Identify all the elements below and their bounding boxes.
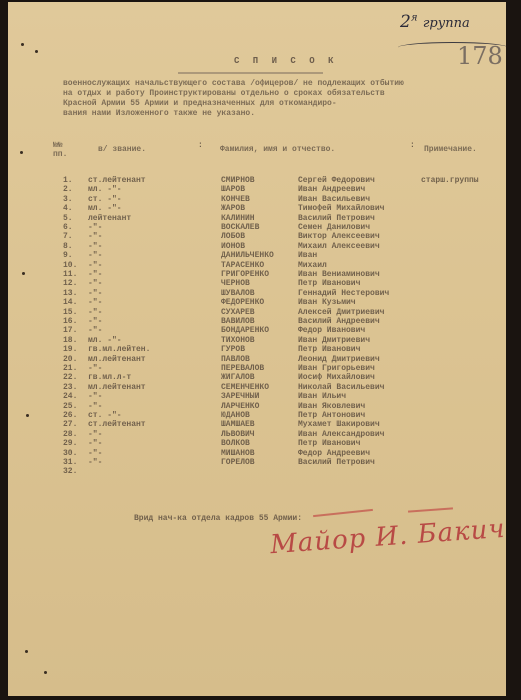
punch-hole (25, 650, 28, 653)
punch-hole (44, 671, 47, 674)
footer-signatory: Врид нач-ка отдела кадров 55 Армии: (134, 514, 302, 523)
group-word: группа (423, 16, 470, 31)
column-separator: : (410, 141, 415, 150)
red-pen-stroke (408, 507, 453, 512)
document-title: С П И С О К (234, 56, 337, 66)
header-rank: в/ звание. (98, 145, 146, 154)
signature: Майор И. Бакич (269, 514, 506, 560)
title-underline (178, 72, 323, 74)
punch-hole (35, 50, 38, 53)
header-num: №№ пп. (53, 141, 81, 159)
header-fio: Фамилия, имя и отчество. (220, 145, 335, 154)
punch-hole (21, 43, 24, 46)
intro-line: военнослужащих начальствующего состава /… (63, 79, 503, 89)
column-separator: : (198, 141, 203, 150)
handwritten-group-label: 2я группа (400, 12, 470, 32)
table-row: 32. (8, 467, 506, 477)
punch-hole (20, 151, 23, 154)
intro-line: на отдых и работу Проинструктированы отд… (63, 89, 503, 99)
cell-num: 32. (63, 467, 77, 477)
document-page: 2я группа 178 С П И С О К военнослужащих… (8, 2, 506, 696)
punch-hole (26, 414, 29, 417)
red-pen-stroke (313, 509, 373, 517)
header-note: Примечание. (424, 145, 477, 154)
intro-paragraph: военнослужащих начальствующего состава /… (63, 79, 503, 119)
intro-line: Красной Армии 55 Армии и предназначенных… (63, 99, 503, 109)
punch-hole (22, 272, 25, 275)
page-number: 178 (457, 42, 503, 70)
group-suffix: я (411, 12, 418, 23)
group-number: 2 (400, 12, 411, 32)
intro-line: вания нами Изложенного также не указано. (63, 109, 503, 119)
